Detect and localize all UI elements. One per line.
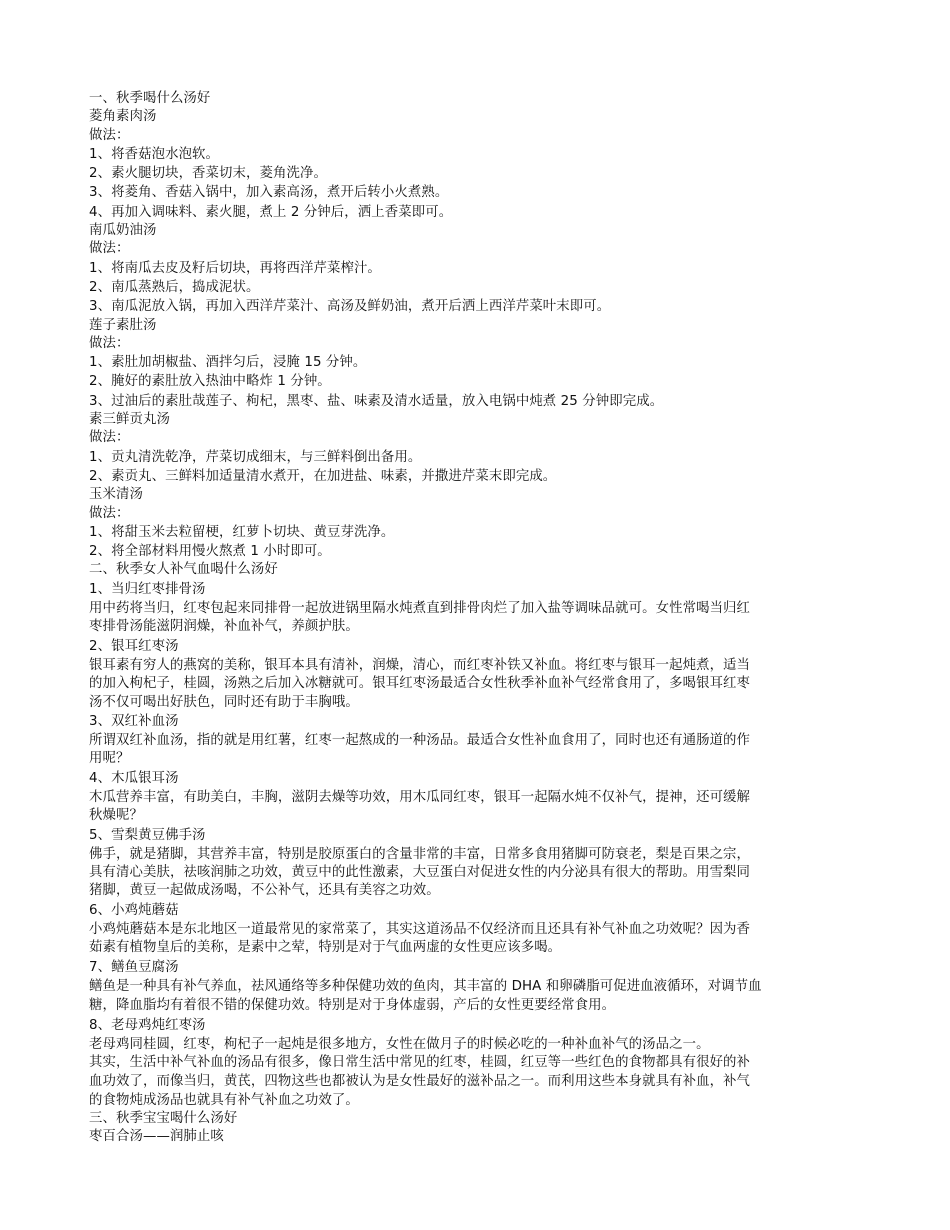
list-item: 2、腌好的素肚放入热油中略炸 1 分钟。 <box>89 372 859 391</box>
text-line: 用呢？ <box>89 750 859 768</box>
list-item: 2、银耳红枣汤 <box>89 637 859 656</box>
list-item: 1、当归红枣排骨汤 <box>89 580 859 599</box>
text-line: 做法： <box>89 127 859 145</box>
text-line: 素三鲜贡丸汤 <box>89 411 859 429</box>
list-item: 2、南瓜蒸熟后，捣成泥状。 <box>89 278 859 297</box>
text-line: 汤不仅可喝出好肤色，同时还有助于丰胸哦。 <box>89 694 859 712</box>
paragraph-line: 佛手，就是猪脚，其营养丰富，特别是胶原蛋白的含量非常的丰富，日常多食用猪脚可防衰… <box>89 845 859 864</box>
text-line: 二、秋季女人补气血喝什么汤好 <box>89 561 859 579</box>
text-line: 猪脚，黄豆一起做成汤喝，不公补气，还具有美容之功效。 <box>89 882 859 900</box>
paragraph-line: 小鸡炖蘑菇本是东北地区一道最常见的家常菜了，其实这道汤品不仅经济而且还具有补气补… <box>89 920 859 939</box>
text-line: 玉米清汤 <box>89 486 859 504</box>
text-line: 莲子素肚汤 <box>89 317 859 335</box>
text-line: 的加入枸杞子，桂圆，汤熟之后加入冰糖就可。银耳红枣汤最适合女性秋季补血补气经常食… <box>89 675 859 693</box>
list-item: 1、素肚加胡椒盐、酒拌匀后，浸腌 15 分钟。 <box>89 353 859 372</box>
list-item: 3、南瓜泥放入锅，再加入西洋芹菜汁、高汤及鲜奶油，煮开后洒上西洋芹菜叶末即可。 <box>89 297 859 316</box>
paragraph-line: 木瓜营养丰富，有助美白，丰胸，滋阴去燥等功效，用木瓜同红枣，银耳一起隔水炖不仅补… <box>89 788 859 807</box>
list-item: 2、素火腿切块，香菜切末，菱角洗净。 <box>89 164 859 183</box>
paragraph-line: 银耳素有穷人的燕窝的美称，银耳本具有清补，润燥，清心，而红枣补铁又补血。将红枣与… <box>89 656 859 675</box>
text-line: 南瓜奶油汤 <box>89 222 859 240</box>
text-line: 做法： <box>89 240 859 258</box>
list-item: 1、将甜玉米去粒留梗，红萝卜切块、黄豆芽洗净。 <box>89 523 859 542</box>
text-line: 的食物炖成汤品也就具有补气补血之功效了。 <box>89 1092 859 1110</box>
text-line: 秋燥呢？ <box>89 807 859 825</box>
text-line: 枣排骨汤能滋阴润燥，补血补气，养颜护肤。 <box>89 618 859 636</box>
text-line: 具有清心美肤，祛咳润肺之功效，黄豆中的此性激素，大豆蛋白对促进女性的内分泌具有很… <box>89 864 859 882</box>
list-item: 1、将南瓜去皮及籽后切块，再将西洋芹菜榨汁。 <box>89 259 859 278</box>
list-item: 1、将香菇泡水泡软。 <box>89 145 859 164</box>
list-item: 3、双红补血汤 <box>89 712 859 731</box>
paragraph-line: 糖，降血脂均有着很不错的保健功效。特别是对于身体虚弱，产后的女性更要经常食用。 <box>89 996 859 1015</box>
list-item: 2、将全部材料用慢火熬煮 1 小时即可。 <box>89 542 859 561</box>
list-item: 5、雪梨黄豆佛手汤 <box>89 826 859 845</box>
list-item: 4、木瓜银耳汤 <box>89 769 859 788</box>
text-line: 枣百合汤——润肺止咳 <box>89 1128 859 1146</box>
paragraph-line: 所谓双红补血汤，指的就是用红薯，红枣一起熬成的一种汤品。最适合女性补血食用了，同… <box>89 731 859 750</box>
list-item: 3、过油后的素肚哉莲子、枸杞，黑枣、盐、味素及清水适量，放入电锅中炖煮 25 分… <box>89 392 859 411</box>
list-item: 6、小鸡炖蘑菇 <box>89 901 859 920</box>
list-item: 1、贡丸清洗乾净，芹菜切成细末，与三鲜料倒出备用。 <box>89 448 859 467</box>
text-line: 菱角素肉汤 <box>89 108 859 126</box>
text-line: 其实，生活中补气补血的汤品有很多，像日常生活中常见的红枣，桂圆，红豆等一些红色的… <box>89 1054 859 1072</box>
document-body: 一、秋季喝什么汤好菱角素肉汤做法：1、将香菇泡水泡软。2、素火腿切块，香菜切末，… <box>89 90 859 1147</box>
list-item: 2、素贡丸、三鲜料加适量清水煮开，在加进盐、味素，并撒进芹菜末即完成。 <box>89 467 859 486</box>
text-line: 做法： <box>89 429 859 447</box>
list-item: 7、鳝鱼豆腐汤 <box>89 958 859 977</box>
paragraph-line: 血功效了，而像当归，黄芪，四物这些也都被认为是女性最好的滋补品之一。而利用这些本… <box>89 1072 859 1091</box>
text-line: 三、秋季宝宝喝什么汤好 <box>89 1110 859 1128</box>
text-line: 做法： <box>89 335 859 353</box>
list-item: 4、再加入调味料、素火腿，煮上 2 分钟后，洒上香菜即可。 <box>89 203 859 222</box>
list-item: 8、老母鸡炖红枣汤 <box>89 1016 859 1035</box>
text-line: 一、秋季喝什么汤好 <box>89 90 859 108</box>
paragraph-line: 用中药将当归，红枣包起来同排骨一起放进锅里隔水炖煮直到排骨肉烂了加入盐等调味品就… <box>89 599 859 618</box>
text-line: 茹素有植物皇后的美称，是素中之荤，特别是对于气血两虚的女性更应该多喝。 <box>89 939 859 957</box>
paragraph-line: 鳝鱼是一种具有补气养血，祛风通络等多种保健功效的鱼肉，其丰富的 DHA 和卵磷脂… <box>89 977 859 996</box>
text-line: 做法： <box>89 505 859 523</box>
paragraph-line: 老母鸡同桂圆，红枣，枸杞子一起炖是很多地方，女性在做月子的时候必吃的一种补血补气… <box>89 1035 859 1054</box>
list-item: 3、将菱角、香菇入锅中，加入素高汤，煮开后转小火煮熟。 <box>89 183 859 202</box>
